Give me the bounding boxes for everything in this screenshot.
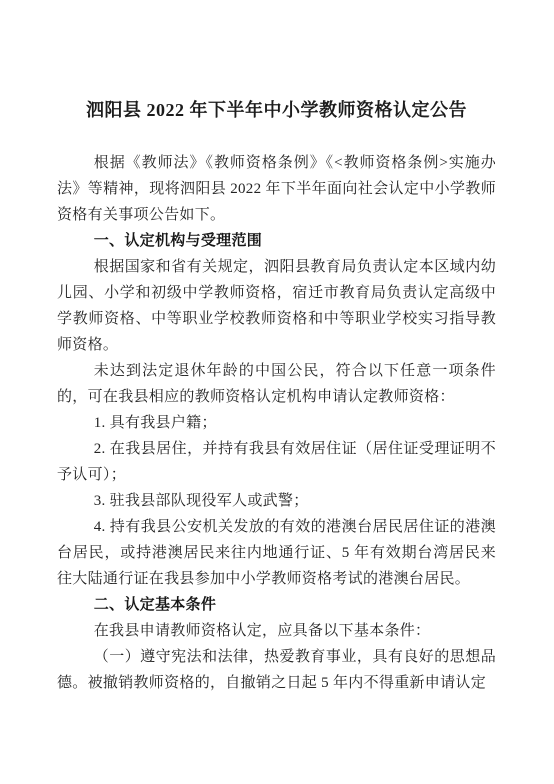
paragraph: 根据《教师法》《教师资格条例》《<教师资格条例>实施办法》等精神，现将泗阳县 2… bbox=[57, 150, 496, 228]
paragraph: 3. 驻我县部队现役军人或武警； bbox=[57, 488, 496, 514]
paragraph: 4. 持有我县公安机关发放的有效的港澳台居民居住证的港澳台居民，或持港澳居民来往… bbox=[57, 514, 496, 592]
paragraph: 1. 具有我县户籍； bbox=[57, 410, 496, 436]
paragraph: 在我县申请教师资格认定，应具备以下基本条件： bbox=[57, 618, 496, 644]
document-title: 泗阳县 2022 年下半年中小学教师资格认定公告 bbox=[57, 97, 496, 123]
document-page: 泗阳县 2022 年下半年中小学教师资格认定公告 根据《教师法》《教师资格条例》… bbox=[0, 0, 554, 784]
paragraph: （一）遵守宪法和法律，热爱教育事业，具有良好的思想品德。被撤销教师资格的，自撤销… bbox=[57, 644, 496, 696]
paragraph: 根据国家和省有关规定，泗阳县教育局负责认定本区域内幼儿园、小学和初级中学教师资格… bbox=[57, 254, 496, 358]
paragraph: 未达到法定退休年龄的中国公民，符合以下任意一项条件的，可在我县相应的教师资格认定… bbox=[57, 358, 496, 410]
section-heading: 一、认定机构与受理范围 bbox=[57, 228, 496, 254]
paragraph: 2. 在我县居住，并持有我县有效居住证（居住证受理证明不予认可）； bbox=[57, 436, 496, 488]
document-body: 根据《教师法》《教师资格条例》《<教师资格条例>实施办法》等精神，现将泗阳县 2… bbox=[57, 150, 496, 696]
section-heading: 二、认定基本条件 bbox=[57, 592, 496, 618]
